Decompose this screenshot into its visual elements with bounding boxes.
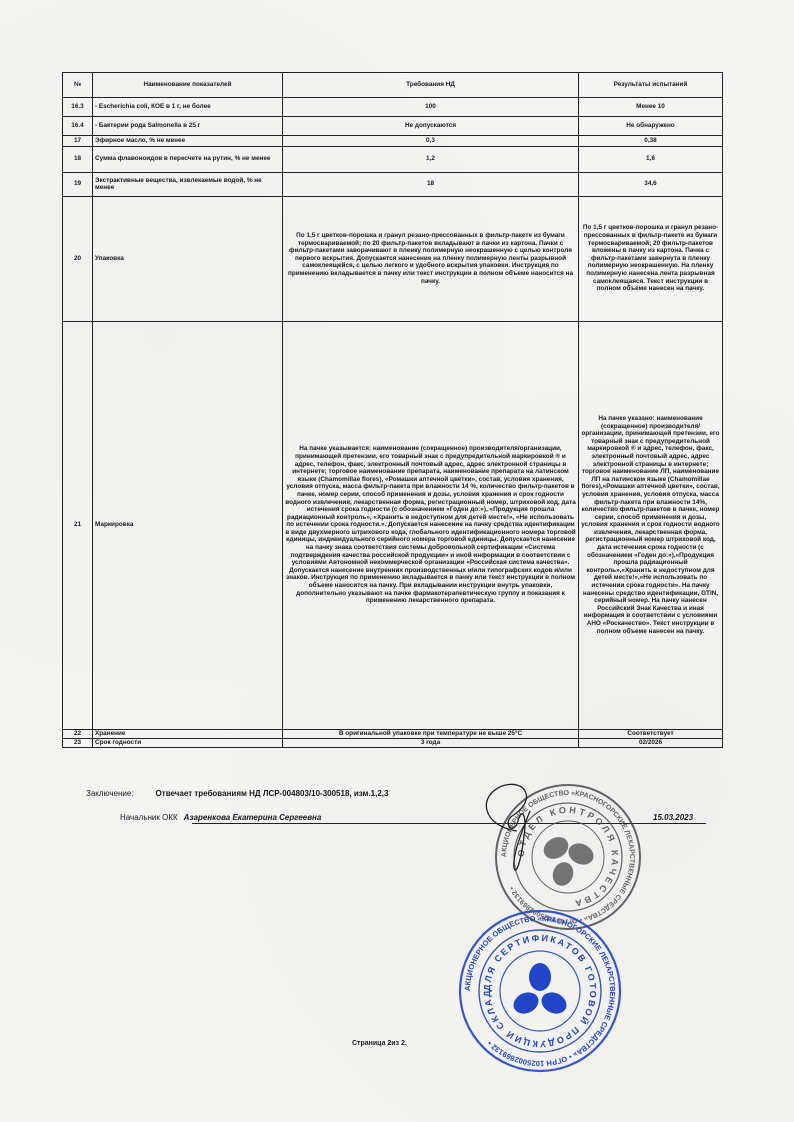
- signature-date: 15.03.2023: [653, 813, 693, 822]
- row-num: 23: [63, 738, 93, 747]
- row-result: 1,6: [579, 146, 723, 172]
- row-num: 17: [63, 136, 93, 147]
- specification-table: № Наименование показателей Требования НД…: [62, 72, 723, 748]
- conclusion-text: Отвечает требованиям НД ЛСР-004803/10-30…: [156, 789, 389, 798]
- row-result: По 1,5 г цветков-порошка и гранул резано…: [579, 196, 723, 321]
- row-requirement: По 1,5 г цветков-порошка и гранул резано…: [283, 196, 579, 321]
- row-name: Сумма флавоноидов в пересчете на рутин, …: [93, 146, 283, 172]
- signatory: Начальник ОКК Азаренкова Екатерина Серге…: [120, 813, 321, 822]
- row-result: 34,6: [579, 172, 723, 196]
- header-results: Результаты испытаний: [579, 73, 723, 98]
- row-requirement: 3 года: [283, 738, 579, 747]
- row-result: На пачке указано: наименование (сокращен…: [579, 321, 723, 729]
- row-name: Маркировка: [93, 321, 283, 729]
- row-requirement: Не допускаются: [283, 117, 579, 136]
- row-name: Экстрактивные вещества, извлекаемые водо…: [93, 172, 283, 196]
- table-row: 16.4 - Бактерии рода Salmonella в 25 г Н…: [63, 117, 723, 136]
- table-row: 22 Хранение В оригинальной упаковке при …: [63, 729, 723, 738]
- conclusion-label: Заключение:: [86, 789, 134, 798]
- row-name: - Escherichia coli, КОЕ в 1 г, не более: [93, 98, 283, 117]
- row-result: 02/2026: [579, 738, 723, 747]
- row-num: 16.3: [63, 98, 93, 117]
- row-requirement: 0,3: [283, 136, 579, 147]
- header-num: №: [63, 73, 93, 98]
- table-row: 17 Эфирное масло, % не менее 0,3 0,38: [63, 136, 723, 147]
- row-name: Срок годности: [93, 738, 283, 747]
- leaf-logo-icon: [510, 963, 570, 1018]
- table-row: 21 Маркировка На пачке указывается: наим…: [63, 321, 723, 729]
- table-row: 16.3 - Escherichia coli, КОЕ в 1 г, не б…: [63, 98, 723, 117]
- conclusion: Заключение: Отвечает требованиям НД ЛСР-…: [86, 789, 388, 798]
- table-header-row: № Наименование показателей Требования НД…: [63, 73, 723, 98]
- signatory-name: Азаренкова Екатерина Сергеевна: [184, 813, 322, 822]
- row-name: - Бактерии рода Salmonella в 25 г: [93, 117, 283, 136]
- header-name: Наименование показателей: [93, 73, 283, 98]
- certificate-stamp: АКЦИОНЕРНОЕ ОБЩЕСТВО «КРАСНОГОРСКИЕ ЛЕКА…: [456, 907, 624, 1075]
- table-row: 19 Экстрактивные вещества, извлекаемые в…: [63, 172, 723, 196]
- row-result: Соответствует: [579, 729, 723, 738]
- row-requirement: 1,2: [283, 146, 579, 172]
- row-num: 20: [63, 196, 93, 321]
- page-number: Страница 2из 2.: [352, 1040, 407, 1047]
- handwritten-signature: [472, 776, 582, 886]
- row-requirement: В оригинальной упаковке при температуре …: [283, 729, 579, 738]
- row-name: Хранение: [93, 729, 283, 738]
- signatory-position: Начальник ОКК: [120, 813, 178, 822]
- table-row: 23 Срок годности 3 года 02/2026: [63, 738, 723, 747]
- row-num: 18: [63, 146, 93, 172]
- table-row: 20 Упаковка По 1,5 г цветков-порошка и г…: [63, 196, 723, 321]
- row-result: Не обнаружено: [579, 117, 723, 136]
- row-num: 21: [63, 321, 93, 729]
- row-name: Упаковка: [93, 196, 283, 321]
- row-result: 0,38: [579, 136, 723, 147]
- row-requirement: 100: [283, 98, 579, 117]
- row-num: 16.4: [63, 117, 93, 136]
- row-requirement: На пачке указывается: наименование (сокр…: [283, 321, 579, 729]
- row-requirement: 18: [283, 172, 579, 196]
- row-num: 19: [63, 172, 93, 196]
- table-row: 18 Сумма флавоноидов в пересчете на рути…: [63, 146, 723, 172]
- header-requirements: Требования НД: [283, 73, 579, 98]
- row-name: Эфирное масло, % не менее: [93, 136, 283, 147]
- row-num: 22: [63, 729, 93, 738]
- row-result: Менее 10: [579, 98, 723, 117]
